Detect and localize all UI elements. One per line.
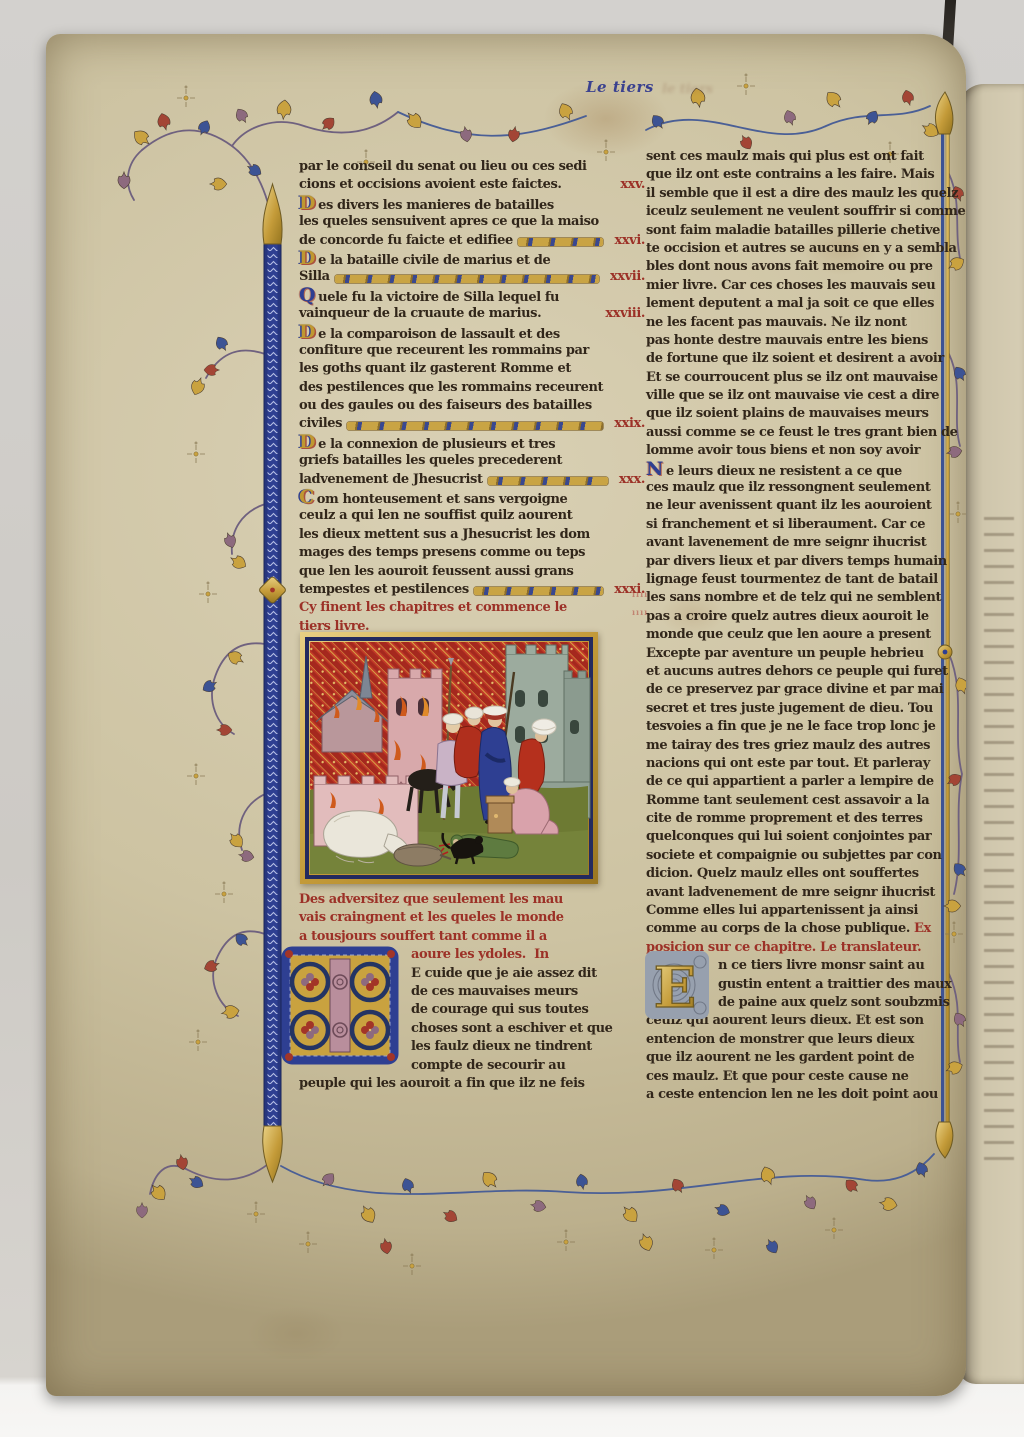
- text-line: E cuide que je aie assez dit: [411, 965, 645, 983]
- penwork-initial: D: [299, 324, 315, 340]
- line-text: a ceste entencion len ne les doit point …: [646, 1086, 938, 1104]
- text-line: me tairay des tres griez maulz des autre…: [646, 737, 950, 755]
- text-line: lomme avoir tous biens et non soy avoir: [646, 442, 950, 460]
- text-line: tempestes et pestilencesxxxi.: [299, 581, 645, 599]
- text-line: monde que ceulz que len aoure a present: [646, 626, 950, 644]
- manuscript-page: le tiers Le tiers par le conseil du sena…: [46, 34, 966, 1396]
- text-line: nacions qui ont este par tout. Et parler…: [646, 755, 950, 773]
- text-line: les queles sensuivent apres ce que la ma…: [299, 213, 645, 231]
- text-line: De la connexion de plusieurs et tres: [299, 434, 645, 452]
- line-text: pas honte destre mauvais entre les biens: [646, 332, 928, 350]
- text-line: ou des gaules ou des faiseurs des batail…: [299, 397, 645, 415]
- rubric-line: Des adversitez que seulement les mau: [299, 891, 645, 909]
- text-line: Romme tant seulement cest assavoir a la: [646, 792, 950, 810]
- line-text: ladvenement de Jhesucrist: [299, 471, 483, 489]
- initial-e-letter: E: [654, 955, 697, 1020]
- text-line: civilesxxix.: [299, 415, 645, 433]
- line-text: les dieux mettent sus a Jhesucrist les d…: [299, 526, 590, 544]
- line-text: de ce preservez par grace divine et par …: [646, 681, 943, 699]
- line-text: des pestilences que les rommains receure…: [299, 379, 603, 397]
- line-text: de ces mauvaises meurs: [411, 983, 578, 1001]
- line-text: les sans nombre et de telz qui ne semble…: [646, 589, 941, 607]
- line-text: me tairay des tres griez maulz des autre…: [646, 737, 930, 755]
- text-line: gustin entent a traittier des maux: [718, 976, 950, 994]
- text-line: choses sont a eschiver et que: [411, 1020, 645, 1038]
- text-line: compte de secourir au: [411, 1057, 645, 1075]
- text-line: a ceste entencion len ne les doit point …: [646, 1086, 950, 1104]
- rubric-word: Ex: [914, 920, 931, 938]
- line-text: vainqueur de la cruaute de marius.: [299, 305, 541, 323]
- line-text: a tousjours souffert tant comme il a: [299, 928, 547, 946]
- rubric-line: vais craingnent et les queles le monde: [299, 909, 645, 927]
- line-text: les goths quant ilz gasterent Romme et: [299, 360, 571, 378]
- text-line: Quele fu la victoire de Silla lequel fu: [299, 287, 645, 305]
- text-line: Com honteusement et sans vergoigne: [299, 489, 645, 507]
- text-line: iceulz seulement ne veulent souffrir si …: [646, 203, 950, 221]
- line-text: griefs batailles les queles precederent: [299, 452, 562, 470]
- text-line: que ilz ont este contrains a les faire. …: [646, 166, 950, 184]
- stone-altar: [486, 796, 514, 833]
- line-text: de ce qui appartient a parler a lempire …: [646, 773, 934, 791]
- penwork-initial: D: [299, 195, 315, 211]
- text-line: mier livre. Car ces choses les mauvais s…: [646, 277, 950, 295]
- illuminated-initial-e: E: [644, 950, 710, 1020]
- text-line: societe et compaignie ou subjettes par c…: [646, 847, 950, 865]
- text-line: de ces mauvaises meurs: [411, 983, 645, 1001]
- line-text: de fortune que ilz soient et desirent a …: [646, 350, 944, 368]
- text-line: aussi comme se ce feust le tres grant bi…: [646, 424, 950, 442]
- chapter-number: xxvii.: [604, 268, 645, 286]
- miniature-painting: [300, 632, 598, 884]
- text-line: mages des temps presens comme ou teps: [299, 544, 645, 562]
- gold-line-filler: [347, 422, 603, 430]
- text-line: de ce qui appartient a parler a lempire …: [646, 773, 950, 791]
- line-text: secret et tres juste jugement de dieu. T…: [646, 700, 933, 718]
- line-text: les faulz dieux ne tindrent: [411, 1038, 592, 1056]
- text-line: ne les facent pas mauvais. Ne ilz nont: [646, 314, 950, 332]
- text-line: entencion de monstrer que leurs dieux: [646, 1031, 950, 1049]
- text-line: comme au corps de la chose publique.Ex: [646, 920, 950, 938]
- photo-backdrop: le tiers Le tiers par le conseil du sena…: [0, 0, 1024, 1437]
- line-text: que ilz soient plains de mauvaises meurs: [646, 405, 929, 423]
- line-text: pas a croire quelz autres dieux aouroit …: [646, 608, 929, 626]
- line-text: ceulz a qui len ne souffist quilz aouren…: [299, 507, 572, 525]
- line-text: par divers lieux et par divers temps hum…: [646, 553, 947, 571]
- line-text: il semble que il est a dire des maulz le…: [646, 185, 958, 203]
- line-text: ne les facent pas mauvais. Ne ilz nont: [646, 314, 907, 332]
- chapter-table: par le conseil du senat ou lieu ou ces s…: [299, 158, 645, 636]
- text-line: confiture que receurent les rommains par: [299, 342, 645, 360]
- text-line: ces maulz. Et que pour ceste cause ne: [646, 1068, 950, 1086]
- rubric-line: Cy finent les chapitres et commence le: [299, 599, 645, 617]
- line-text: avant lavenement de mre seignr ihucrist: [646, 534, 926, 552]
- line-text: confiture que receurent les rommains par: [299, 342, 589, 360]
- text-line: avant lavenement de mre seignr ihucrist: [646, 534, 950, 552]
- penwork-initial: N: [646, 461, 663, 477]
- text-line: tesvoies a fin que je ne le face trop lo…: [646, 718, 950, 736]
- line-text: et aucuns autres dehors ce peuple qui fu…: [646, 663, 948, 681]
- text-line: de concorde fu faicte et edifieexxvi.: [299, 232, 645, 250]
- line-text: Comme elles lui appartenissent ja ainsi: [646, 902, 918, 920]
- text-line: ladvenement de Jhesucristxxx.: [299, 471, 645, 489]
- text-line: pas honte destre mauvais entre les biens: [646, 332, 950, 350]
- text-line: Excepte par aventure un peuple hebrieu: [646, 645, 950, 663]
- line-text: ces maulz que ilz ressongnent seulement: [646, 479, 930, 497]
- line-text: aussi comme se ce feust le tres grant bi…: [646, 424, 958, 442]
- gold-line-filler: [518, 238, 604, 246]
- text-line: dicion. Quelz maulz elles ont souffertes: [646, 865, 950, 883]
- text-line: que len les aouroit feussent aussi grans: [299, 563, 645, 581]
- initial-je-ornament: [281, 946, 399, 1065]
- next-folio-showthrough-text: [984, 504, 1014, 1164]
- text-line: avant ladvenement de mre seignr ihucrist: [646, 884, 950, 902]
- line-text: Cy finent les chapitres et commence le: [299, 599, 567, 617]
- text-line: les sans nombre et de telz qui ne semble…: [646, 589, 950, 607]
- line-text: cions et occisions avoient este faictes.: [299, 176, 562, 194]
- text-line: bles dont nous avons fait memoire ou pre: [646, 258, 950, 276]
- chapter-number: xxx.: [613, 471, 645, 489]
- text-line: griefs batailles les queles precederent: [299, 452, 645, 470]
- text-line: si franchement et si liberaument. Car ce: [646, 516, 950, 534]
- line-text: vais craingnent et les queles le monde: [299, 909, 564, 927]
- line-text: ville que se ilz ont mauvaise vie cest a…: [646, 387, 939, 405]
- initial-e-ornament: E: [644, 950, 710, 1020]
- penwork-initial: Q: [299, 287, 315, 303]
- line-text: n ce tiers livre monsr saint au: [718, 957, 924, 975]
- line-text: que ilz aourent ne les gardent point de: [646, 1049, 914, 1067]
- text-line: sont faim maladie batailles pillerie che…: [646, 222, 950, 240]
- text-line: les faulz dieux ne tindrent: [411, 1038, 645, 1056]
- line-text: Des adversitez que seulement les mau: [299, 891, 563, 909]
- line-text: lomme avoir tous biens et non soy avoir: [646, 442, 920, 460]
- text-line: de ce preservez par grace divine et par …: [646, 681, 950, 699]
- line-text: societe et compaignie ou subjettes par c…: [646, 847, 942, 865]
- line-text: avant ladvenement de mre seignr ihucrist: [646, 884, 935, 902]
- text-line: De la bataille civile de marius et de: [299, 250, 645, 268]
- line-text: lignage feust tourmentez de tant de bata…: [646, 571, 938, 589]
- text-line: lignage feust tourmentez de tant de bata…: [646, 571, 950, 589]
- chapter-number: xxvi.: [608, 232, 645, 250]
- text-line: Et se courroucent plus se ilz ont mauvai…: [646, 369, 950, 387]
- line-text: mages des temps presens comme ou teps: [299, 544, 585, 562]
- rubric-line: a tousjours souffert tant comme il a: [299, 928, 645, 946]
- text-line: Ne leurs dieux ne resistent a ce que: [646, 461, 950, 479]
- line-text: de concorde fu faicte et edifiee: [299, 232, 513, 250]
- running-title-offset-stain: le tiers: [662, 82, 713, 97]
- text-line: sent ces maulz mais qui plus est ont fai…: [646, 148, 950, 166]
- line-text: comme au corps de la chose publique.: [646, 920, 910, 938]
- text-line: vainqueur de la cruaute de marius.xxviii…: [299, 305, 645, 323]
- text-line: pas a croire quelz autres dieux aouroit …: [646, 608, 950, 626]
- line-text: te occision et autres se aucuns en y a s…: [646, 240, 957, 258]
- chapter-number: xxix.: [608, 415, 645, 433]
- line-text: sent ces maulz mais qui plus est ont fai…: [646, 148, 924, 166]
- line-text: compte de secourir au: [411, 1057, 565, 1075]
- line-text: Romme tant seulement cest assavoir a la: [646, 792, 929, 810]
- line-text: tesvoies a fin que je ne le face trop lo…: [646, 718, 936, 736]
- text-line: secret et tres juste jugement de dieu. T…: [646, 700, 950, 718]
- line-text: ne leur avenissent quant ilz les aouroie…: [646, 497, 932, 515]
- chapter-number: xxv.: [614, 176, 645, 194]
- line-text: Et se courroucent plus se ilz ont mauvai…: [646, 369, 938, 387]
- text-line: ville que se ilz ont mauvaise vie cest a…: [646, 387, 950, 405]
- text-line: de fortune que ilz soient et desirent a …: [646, 350, 950, 368]
- line-text: entencion de monstrer que leurs dieux: [646, 1031, 914, 1049]
- text-line: De la comparoison de lassault et des: [299, 324, 645, 342]
- line-text: e la bataille civile de marius et de: [318, 252, 550, 270]
- text-line: de paine aux quelz sont soubzmis: [718, 994, 950, 1012]
- text-line: Sillaxxvii.: [299, 268, 645, 286]
- text-line: ceulz a qui len ne souffist quilz aouren…: [299, 507, 645, 525]
- line-text: iceulz seulement ne veulent souffrir si …: [646, 203, 965, 221]
- line-text: les queles sensuivent apres ce que la ma…: [299, 213, 599, 231]
- penwork-initial: D: [299, 434, 315, 450]
- line-text: que len les aouroit feussent aussi grans: [299, 563, 573, 581]
- line-text: quelconques qui lui soient conjointes pa…: [646, 828, 931, 846]
- miniature-scene: [300, 632, 598, 884]
- line-text: dicion. Quelz maulz elles ont souffertes: [646, 865, 919, 883]
- text-line: te occision et autres se aucuns en y a s…: [646, 240, 950, 258]
- line-text: lement deputent a mal ja soit ce que ell…: [646, 295, 934, 313]
- line-text: si franchement et si liberaument. Car ce: [646, 516, 925, 534]
- text-line: il semble que il est a dire des maulz le…: [646, 185, 950, 203]
- line-text: monde que ceulz que len aoure a present: [646, 626, 931, 644]
- line-text: ou des gaules ou des faiseurs des batail…: [299, 397, 592, 415]
- line-text: choses sont a eschiver et que: [411, 1020, 613, 1038]
- text-line: cite de romme proprement et des terres: [646, 810, 950, 828]
- penwork-initial: D: [299, 250, 315, 266]
- penwork-initial: C: [299, 489, 314, 505]
- line-text: par le conseil du senat ou lieu ou ces s…: [299, 158, 587, 176]
- text-line: de courage qui sus toutes: [411, 1001, 645, 1019]
- text-line: Comme elles lui appartenissent ja ainsi: [646, 902, 950, 920]
- line-text: gustin entent a traittier des maux: [718, 976, 952, 994]
- line-text: de courage qui sus toutes: [411, 1001, 588, 1019]
- text-line: peuple qui les aouroit a fin que ilz ne …: [299, 1075, 645, 1093]
- line-text: aoure les ydoles. In: [411, 946, 549, 964]
- margin-correction-mark: ıııı: [632, 589, 648, 599]
- gold-line-filler: [335, 275, 599, 283]
- text-line: que ilz aourent ne les gardent point de: [646, 1049, 950, 1067]
- line-text: tempestes et pestilences: [299, 581, 469, 599]
- line-text: cite de romme proprement et des terres: [646, 810, 923, 828]
- line-text: Excepte par aventure un peuple hebrieu: [646, 645, 924, 663]
- text-line: Des divers les manieres de batailles: [299, 195, 645, 213]
- line-text: E cuide que je aie assez dit: [411, 965, 597, 983]
- next-folio-edge: [958, 84, 1024, 1384]
- text-line: quelconques qui lui soient conjointes pa…: [646, 828, 950, 846]
- text-line: par le conseil du senat ou lieu ou ces s…: [299, 158, 645, 176]
- margin-correction-mark: ıııı: [632, 607, 648, 617]
- illuminated-initial-je: [281, 946, 399, 1065]
- text-line: ces maulz que ilz ressongnent seulement: [646, 479, 950, 497]
- text-line: lement deputent a mal ja soit ce que ell…: [646, 295, 950, 313]
- text-line: n ce tiers livre monsr saint au: [718, 957, 950, 975]
- text-line: cions et occisions avoient este faictes.…: [299, 176, 645, 194]
- running-title: Le tiers: [586, 78, 654, 96]
- text-line: les dieux mettent sus a Jhesucrist les d…: [299, 526, 645, 544]
- chapter-number: xxviii.: [599, 305, 645, 323]
- text-line: des pestilences que les rommains receure…: [299, 379, 645, 397]
- line-text: sont faim maladie batailles pillerie che…: [646, 222, 940, 240]
- line-text: mier livre. Car ces choses les mauvais s…: [646, 277, 935, 295]
- line-text: ces maulz. Et que pour ceste cause ne: [646, 1068, 909, 1086]
- text-line: par divers lieux et par divers temps hum…: [646, 553, 950, 571]
- line-text: que ilz ont este contrains a les faire. …: [646, 166, 934, 184]
- gold-line-filler: [474, 587, 603, 595]
- gold-line-filler: [488, 477, 608, 485]
- text-line: que ilz soient plains de mauvaises meurs: [646, 405, 950, 423]
- line-text: bles dont nous avons fait memoire ou pre: [646, 258, 933, 276]
- text-line: ne leur avenissent quant ilz les aouroie…: [646, 497, 950, 515]
- line-text: nacions qui ont este par tout. Et parler…: [646, 755, 930, 773]
- text-line: les goths quant ilz gasterent Romme et: [299, 360, 645, 378]
- rubric-line: aoure les ydoles. In: [411, 946, 645, 964]
- line-text: de paine aux quelz sont soubzmis: [718, 994, 950, 1012]
- text-line: et aucuns autres dehors ce peuple qui fu…: [646, 663, 950, 681]
- line-text: peuple qui les aouroit a fin que ilz ne …: [299, 1075, 585, 1093]
